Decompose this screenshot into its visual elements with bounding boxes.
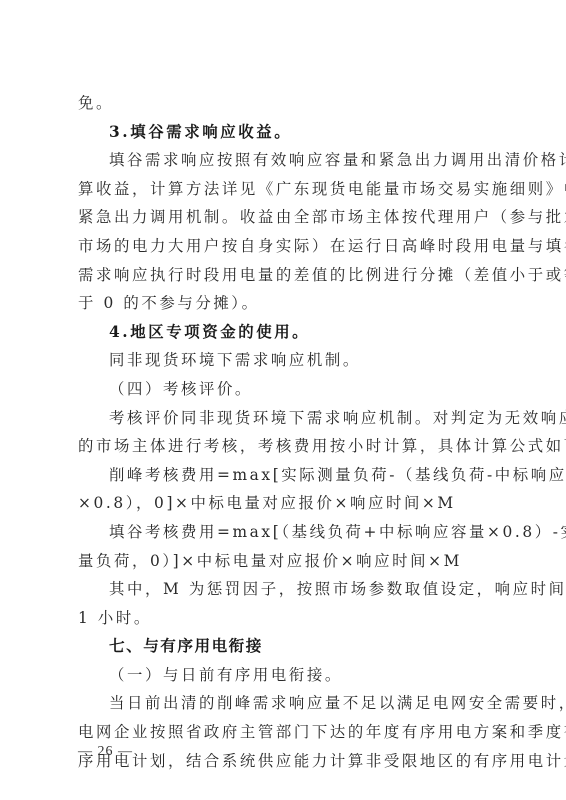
formula-valley-filling-cont: 量负荷，0）]×中标电量对应报价×响应时间×M <box>78 547 506 576</box>
formula-valley-filling: 填谷考核费用=max[（基线负荷+中标响应容量×0.8）-实际测 <box>78 518 506 547</box>
paragraph-line: 考核评价同非现货环境下需求响应机制。对判定为无效响应 <box>78 404 506 433</box>
chapter-heading-orderly-power: 七、与有序用电衔接 <box>78 632 506 661</box>
section-heading-day-ahead: （一）与日前有序用电衔接。 <box>78 661 506 690</box>
formula-peak-shaving-cont: ×0.8），0]×中标电量对应报价×响应时间×M <box>78 489 506 518</box>
section-heading-assessment: （四）考核评价。 <box>78 375 506 404</box>
text-line-continuation: 免。 <box>78 89 506 118</box>
paragraph-line: 算收益，计算方法详见《广东现货电能量市场交易实施细则》中 <box>78 175 506 204</box>
subheading-regional-funds: 4.地区专项资金的使用。 <box>78 318 506 347</box>
paragraph-line: 的市场主体进行考核，考核费用按小时计算，具体计算公式如下： <box>78 432 506 461</box>
paragraph-line: 紧急出力调用机制。收益由全部市场主体按代理用户（参与批发 <box>78 203 506 232</box>
formula-peak-shaving: 削峰考核费用=max[实际测量负荷-（基线负荷-中标响应容量 <box>78 461 506 490</box>
paragraph-line: 填谷需求响应按照有效响应容量和紧急出力调用出清价格计 <box>78 146 506 175</box>
paragraph-line: 需求响应执行时段用电量的差值的比例进行分摊（差值小于或等 <box>78 261 506 290</box>
paragraph-line: 1 小时。 <box>78 604 506 633</box>
paragraph-line: 市场的电力大用户按自身实际）在运行日高峰时段用电量与填谷 <box>78 232 506 261</box>
paragraph-line: 序用电计划，结合系统供应能力计算非受限地区的有序用电计划 <box>78 747 506 776</box>
paragraph-line: 其中，M 为惩罚因子，按照市场参数取值设定，响应时间取 <box>78 575 506 604</box>
paragraph-line: 于 0 的不参与分摊）。 <box>78 289 506 318</box>
page-number: — 26 — <box>78 744 133 760</box>
subheading-valley-filling-revenue: 3.填谷需求响应收益。 <box>78 118 506 147</box>
paragraph-line: 当日前出清的削峰需求响应量不足以满足电网安全需要时， <box>78 689 506 718</box>
document-page: 免。 3.填谷需求响应收益。 填谷需求响应按照有效响应容量和紧急出力调用出清价格… <box>78 89 506 775</box>
paragraph-line: 电网企业按照省政府主管部门下达的年度有序用电方案和季度有 <box>78 718 506 747</box>
paragraph-line: 同非现货环境下需求响应机制。 <box>78 346 506 375</box>
